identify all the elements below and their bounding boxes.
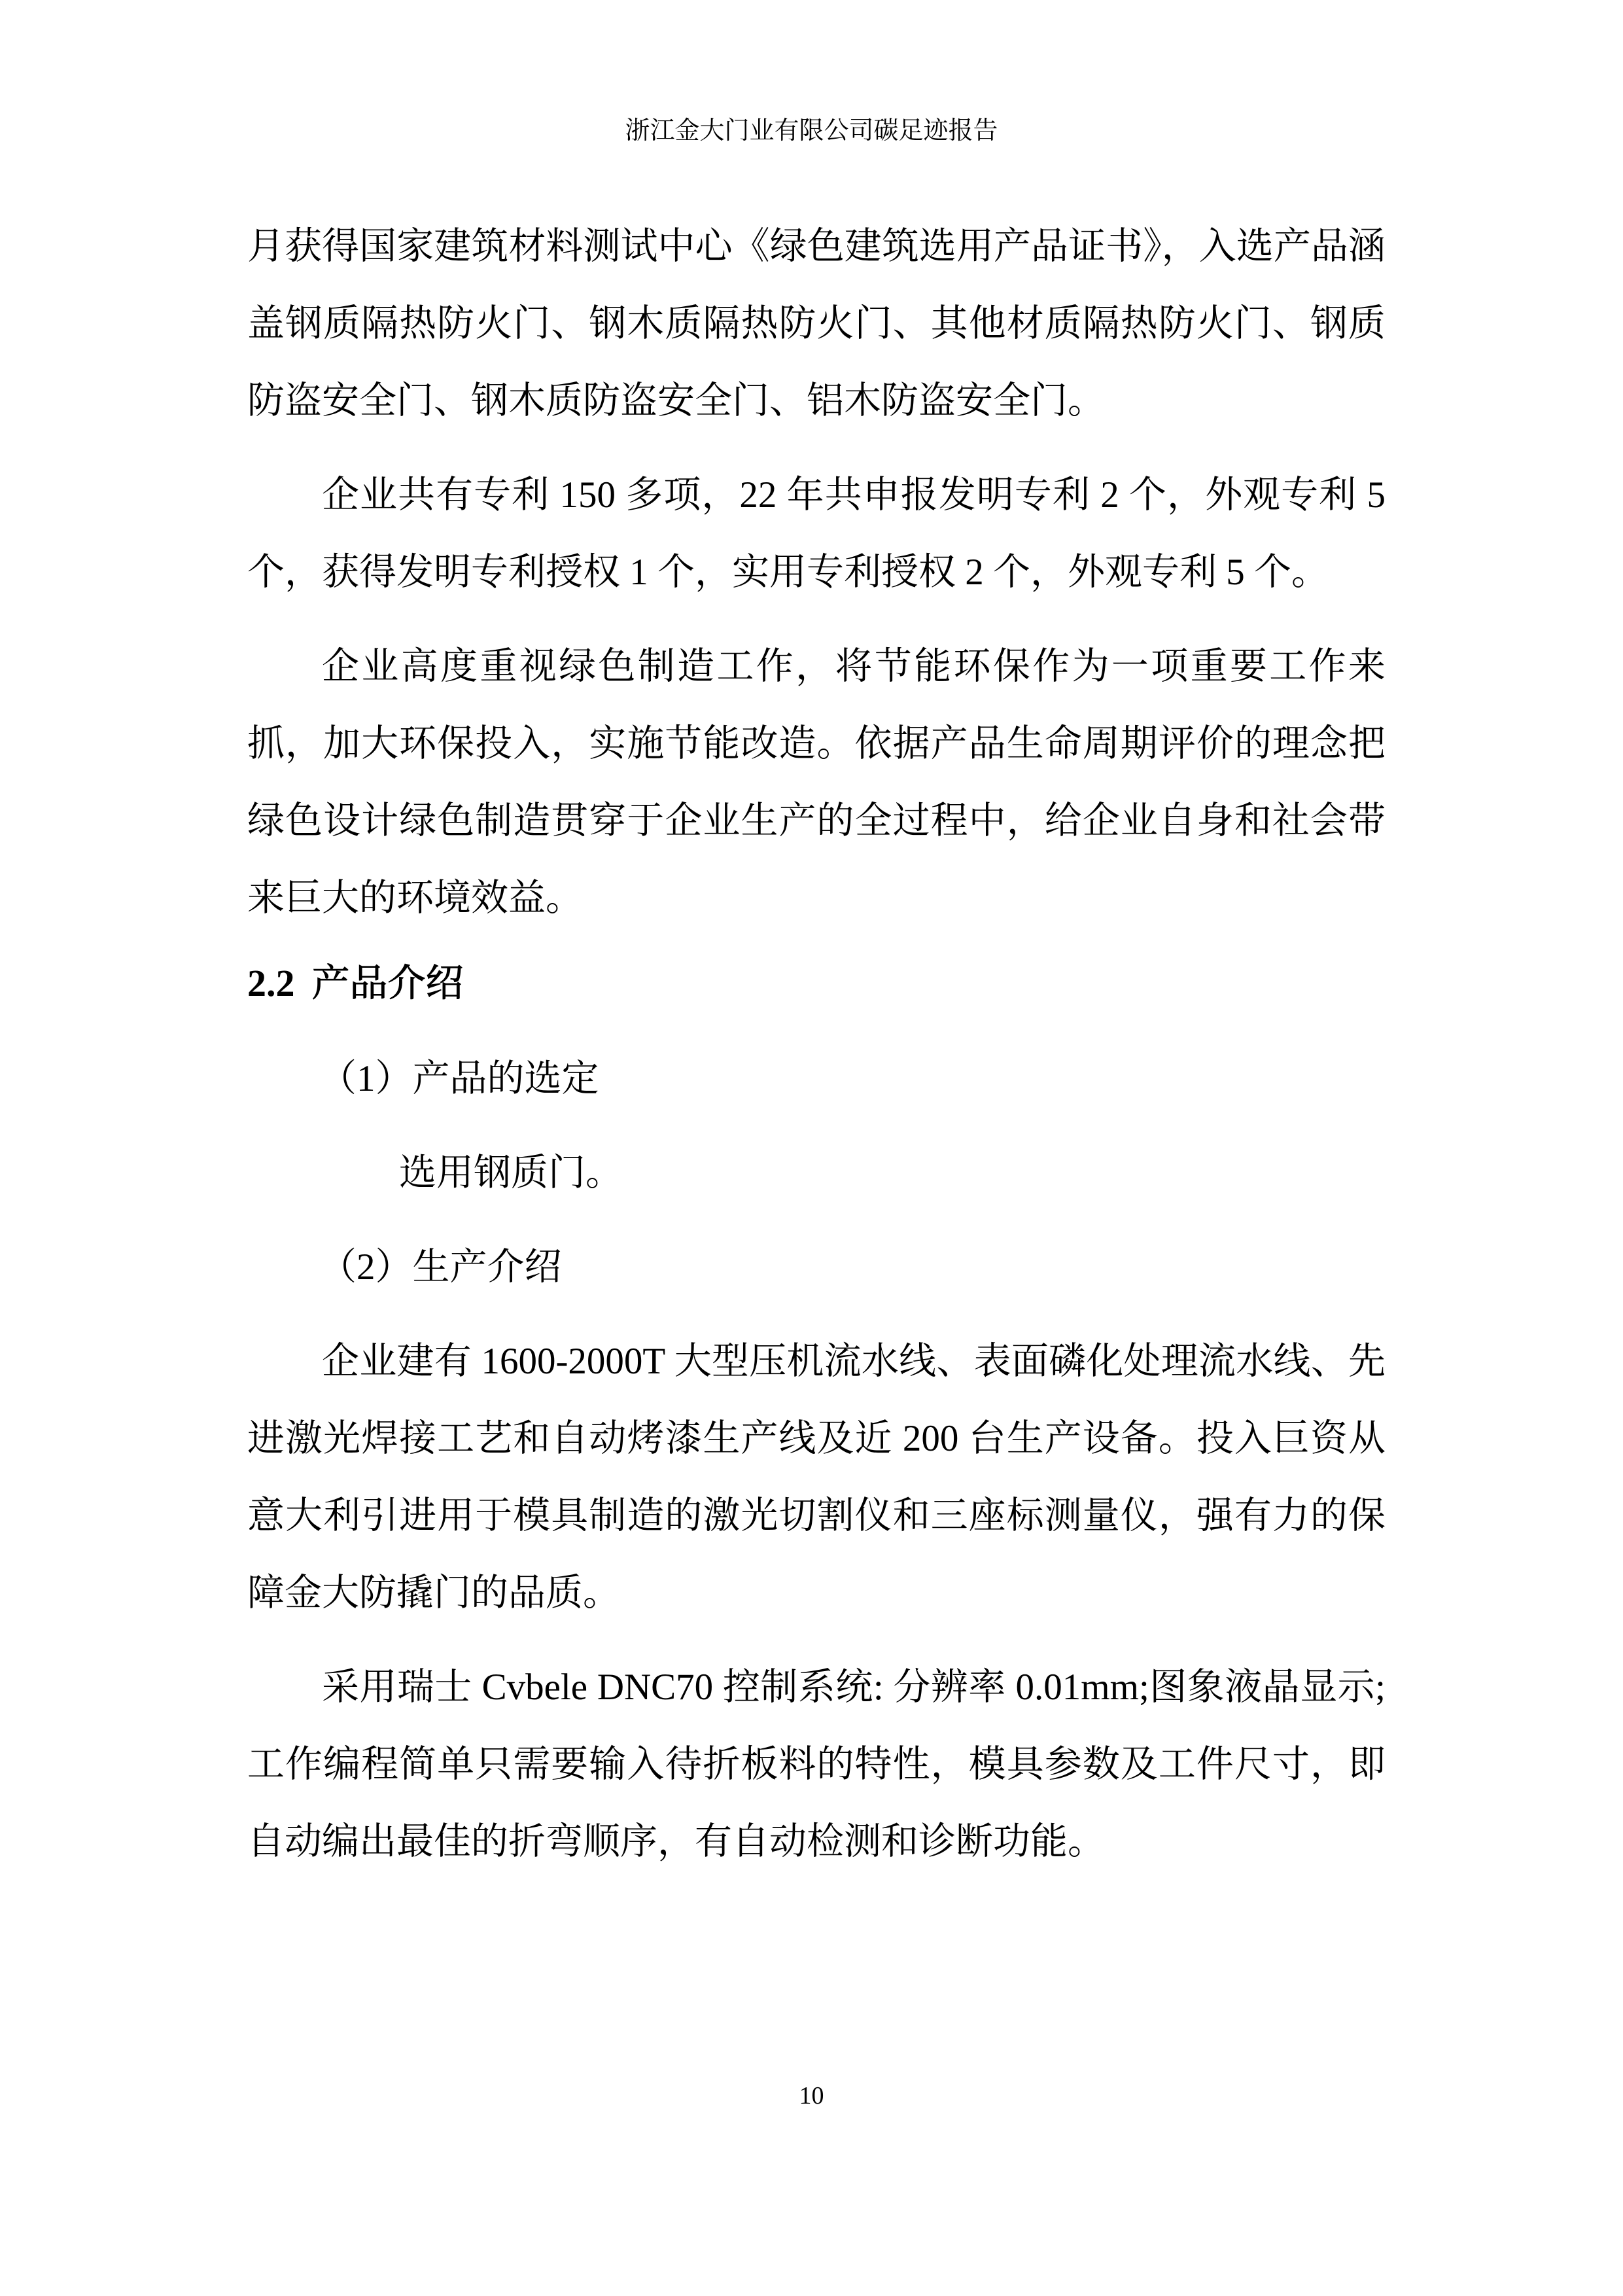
paragraph-patents: 企业共有专利 150 多项，22 年共申报发明专利 2 个，外观专利 5 个，获… [247, 457, 1386, 611]
page-number: 10 [0, 2079, 1623, 2112]
section-heading: 2.2产品介绍 [247, 954, 1386, 1013]
paragraph-certificates: 月获得国家建筑材料测试中心《绿色建筑选用产品证书》，入选产品涵盖钢质隔热防火门、… [247, 208, 1386, 440]
section-number: 2.2 [247, 962, 295, 1004]
subsection-product-selection: （1）产品的选定 [247, 1040, 1386, 1118]
paragraph-green-manufacturing: 企业高度重视绿色制造工作，将节能环保作为一项重要工作来抓，加大环保投入，实施节能… [247, 628, 1386, 937]
paragraph-production-lines: 企业建有 1600-2000T 大型压机流水线、表面磷化处理流水线、先进激光焊接… [247, 1323, 1386, 1632]
page-header: 浙江金大门业有限公司碳足迹报告 [0, 115, 1623, 147]
paragraph-control-system: 采用瑞士 Cvbele DNC70 控制系统: 分辨率 0.01mm;图象液晶显… [247, 1649, 1386, 1881]
document-body: 月获得国家建筑材料测试中心《绿色建筑选用产品证书》，入选产品涵盖钢质隔热防火门、… [247, 208, 1386, 1898]
section-title: 产品介绍 [312, 962, 464, 1004]
product-selection-text: 选用钢质门。 [247, 1135, 1386, 1212]
subsection-production-intro: （2）生产介绍 [247, 1229, 1386, 1306]
